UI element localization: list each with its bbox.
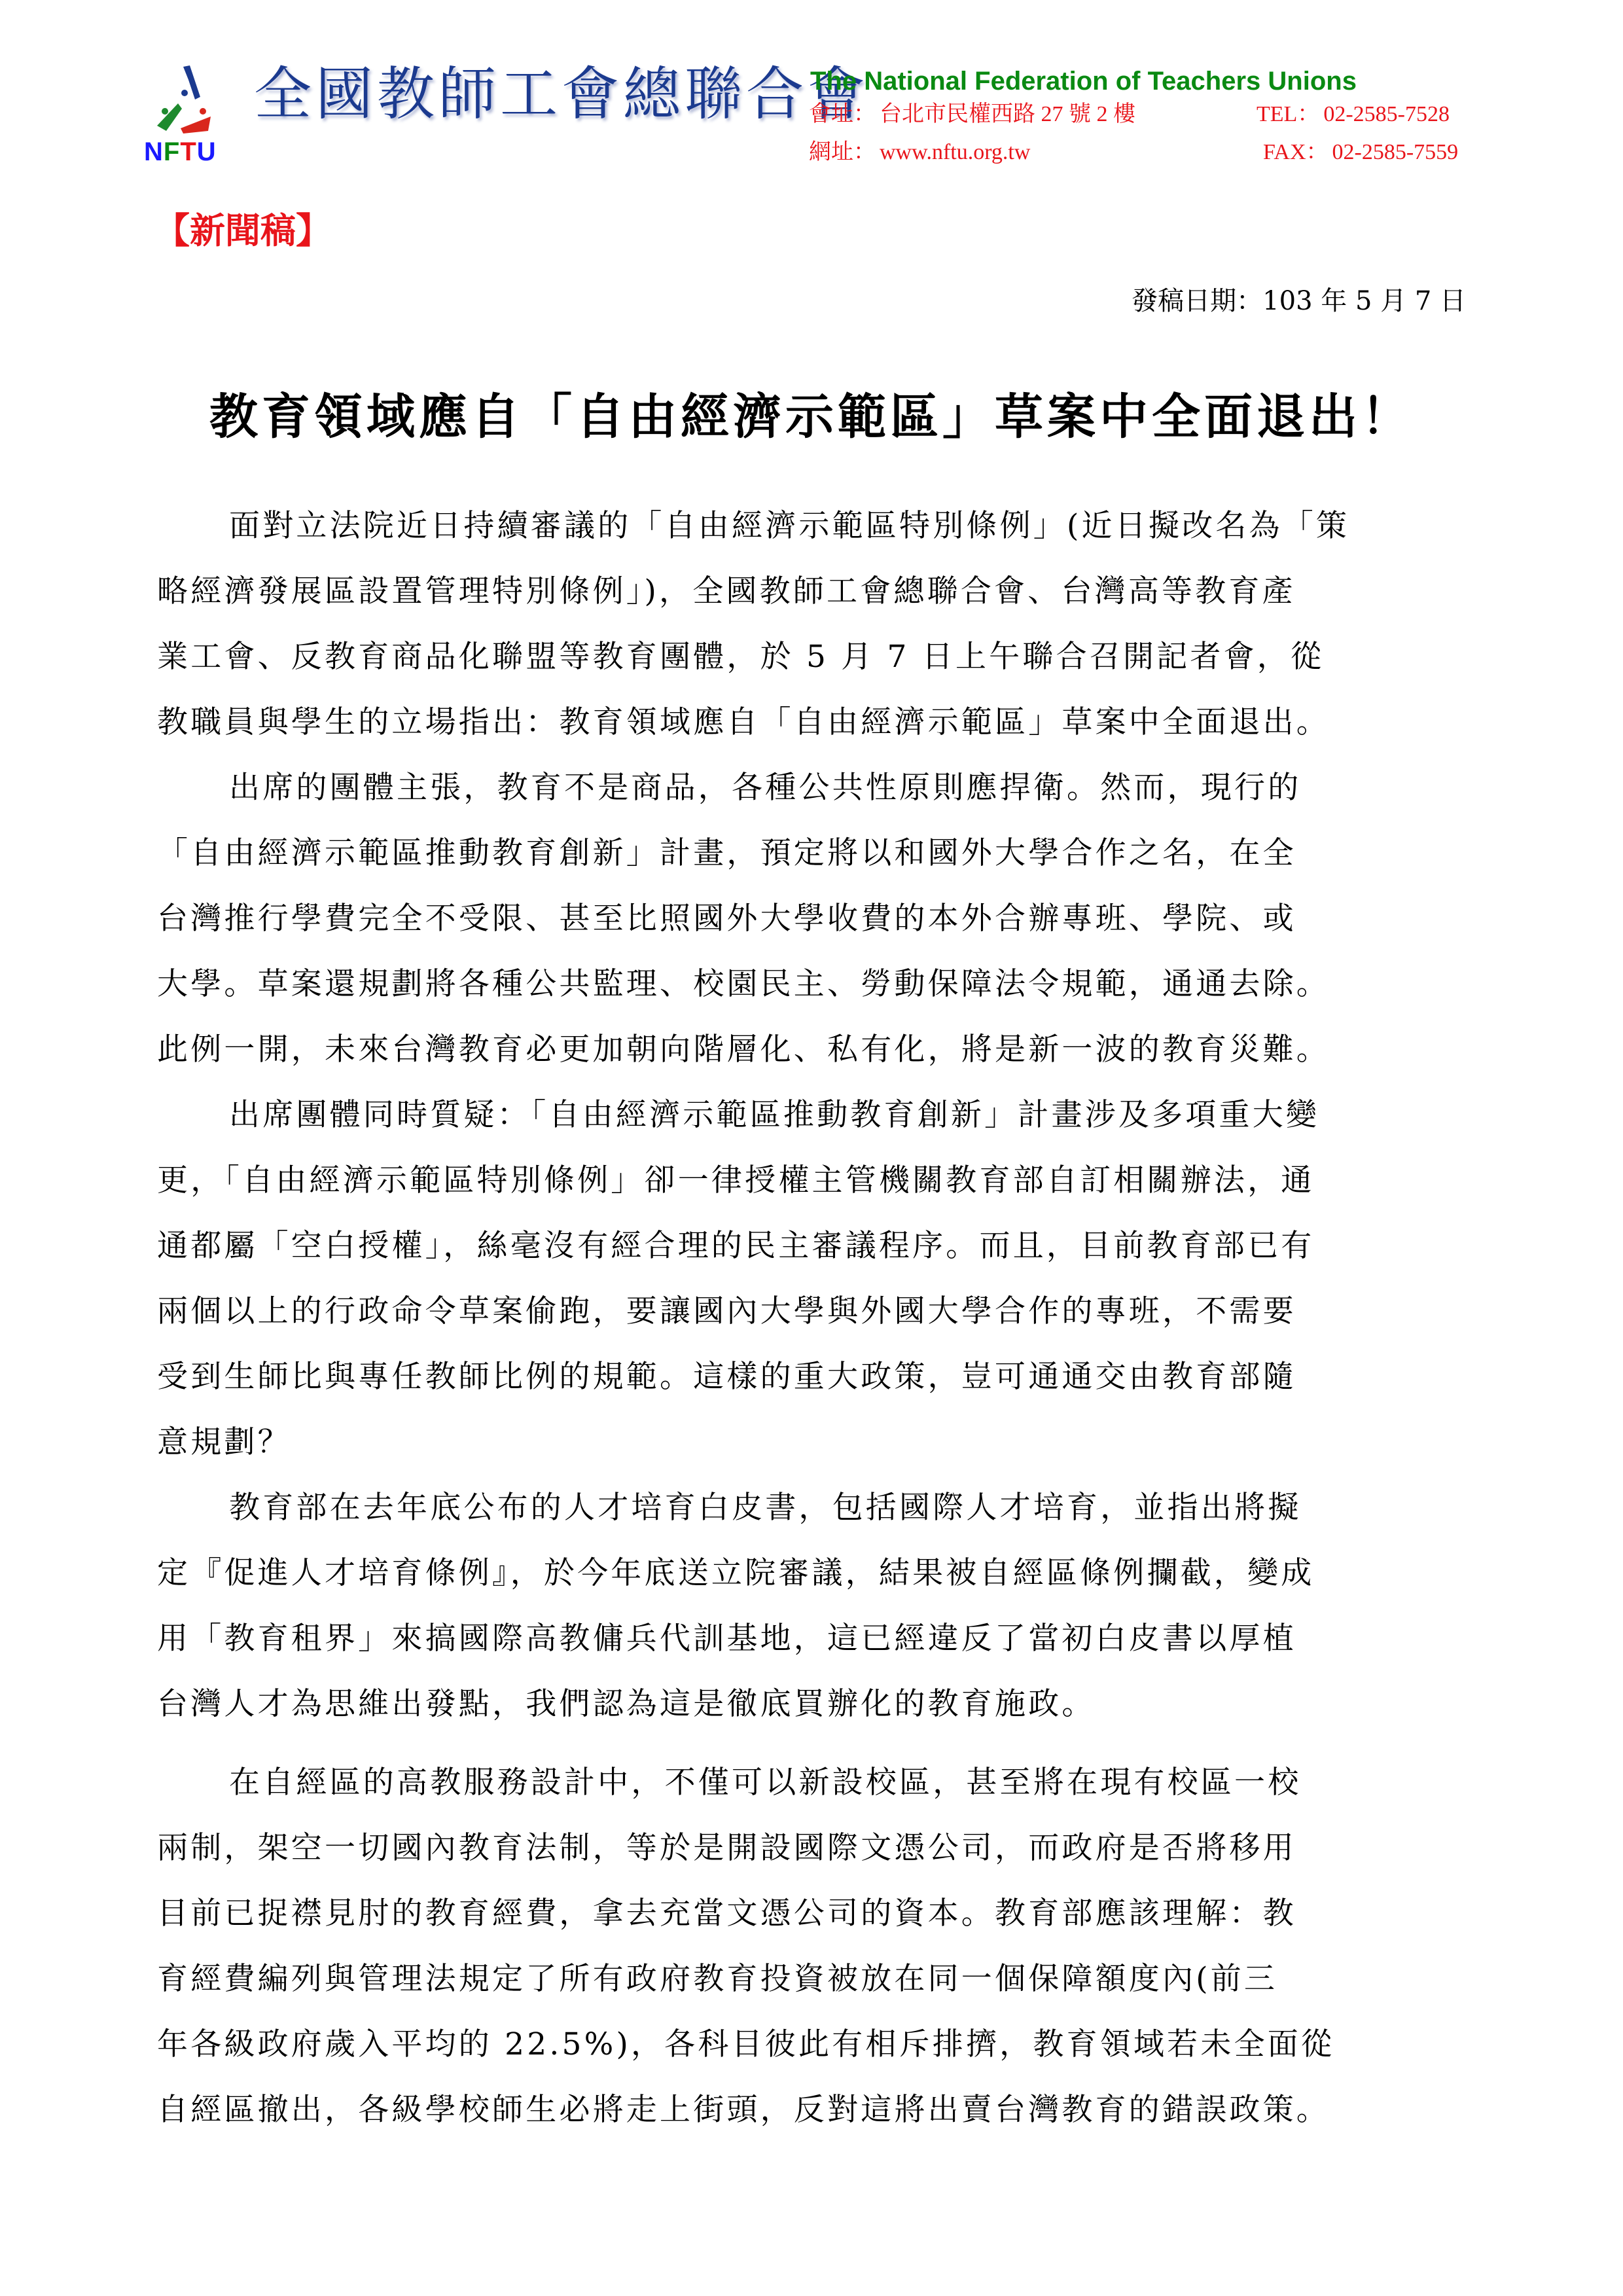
body-line: 大學。草案還規劃將各種公共監理、校園民主、勞動保障法令規範，通通去除。 xyxy=(157,969,1330,999)
body-line: 自經區撤出，各級學校師生必將走上街頭，反對這將出賣台灣教育的錯誤政策。 xyxy=(157,2094,1330,2125)
body-line: 受到生師比與專任教師比例的規範。這樣的重大政策，豈可通通交由教育部隨 xyxy=(157,1361,1296,1392)
fax-value: 02-2585-7559 xyxy=(1332,140,1459,164)
body-line: 兩個以上的行政命令草案偷跑，要讓國內大學與外國大學合作的專班，不需要 xyxy=(157,1296,1296,1327)
body-line: 教職員與學生的立場指出：教育領域應自「自由經濟示範區」草案中全面退出。 xyxy=(157,707,1330,738)
website-line: 網址：www.nftu.org.tw xyxy=(809,141,1030,164)
website-label: 網址： xyxy=(809,140,876,164)
body-line: 台灣人才為思維出發點，我們認為這是徹底買辦化的教育施政。 xyxy=(157,1689,1096,1719)
body-line: 出席的團體主張，教育不是商品，各種公共性原則應捍衛。然而，現行的 xyxy=(157,772,1301,803)
body-line: 定『促進人才培育條例』，於今年底送立院審議，結果被自經區條例攔截，變成 xyxy=(157,1558,1315,1588)
body-line: 用「教育租界」來搞國際高教傭兵代訓基地，這已經違反了當初白皮書以厚植 xyxy=(157,1623,1296,1654)
body-line: 更，「自由經濟示範區特別條例」卻一律授權主管機關教育部自訂相關辦法，通 xyxy=(157,1165,1315,1196)
body-line: 此例一開，未來台灣教育必更加朝向階層化、私有化，將是新一波的教育災難。 xyxy=(157,1034,1330,1065)
tel-value: 02-2585-7528 xyxy=(1323,102,1450,126)
tel-label: TEL： xyxy=(1257,102,1319,126)
body-line: 台灣推行學費完全不受限、甚至比照國外大學收費的本外合辦專班、學院、或 xyxy=(157,903,1296,934)
body-line: 意規劃？ xyxy=(157,1427,291,1458)
body-line: 面對立法院近日持續審議的「自由經濟示範區特別條例」(近日擬改名為「策 xyxy=(157,511,1349,541)
body-line: 通都屬「空白授權」，絲毫沒有經合理的民主審議程序。而且，目前教育部已有 xyxy=(157,1230,1315,1261)
fax-label: FAX： xyxy=(1263,140,1329,164)
release-date: 發稿日期：103 年 5 月 7 日 xyxy=(1132,288,1466,314)
body-line: 兩制，架空一切國內教育法制，等於是開設國際文憑公司，而政府是否將移用 xyxy=(157,1833,1296,1863)
org-name-english: The National Federation of Teachers Unio… xyxy=(810,68,1357,94)
document-body: 面對立法院近日持續審議的「自由經濟示範區特別條例」(近日擬改名為「策 略經濟發展… xyxy=(157,511,1479,2186)
website-link[interactable]: www.nftu.org.tw xyxy=(880,140,1030,164)
body-line: 育經費編列與管理法規定了所有政府教育投資被放在同一個保障額度內(前三 xyxy=(157,1964,1277,1994)
document-title: 教育領域應自「自由經濟示範區」草案中全面退出！ xyxy=(0,393,1623,441)
body-line: 在自經區的高教服務設計中，不僅可以新設校區，甚至將在現有校區一校 xyxy=(157,1767,1301,1798)
address-label: 會址： xyxy=(809,102,876,126)
address-value: 台北市民權西路 27 號 2 樓 xyxy=(880,102,1135,126)
body-line: 教育部在去年底公布的人才培育白皮書，包括國際人才培育，並指出將擬 xyxy=(157,1492,1301,1523)
body-line: 出席團體同時質疑：「自由經濟示範區推動教育創新」計畫涉及多項重大變 xyxy=(157,1100,1319,1130)
org-name-chinese: 全國教師工會總聯合會 xyxy=(254,65,869,123)
nftu-logo-text: NFTU xyxy=(144,139,217,165)
fax-line: FAX：02-2585-7559 xyxy=(1263,141,1458,164)
address-line: 會址：台北市民權西路 27 號 2 樓 xyxy=(809,103,1135,126)
body-line: 略經濟發展區設置管理特別條例」)，全國教師工會總聯合會、台灣高等教育產 xyxy=(157,576,1296,607)
body-line: 目前已捉襟見肘的教育經費，拿去充當文憑公司的資本。教育部應該理解：教 xyxy=(157,1898,1296,1929)
body-line: 業工會、反教育商品化聯盟等教育團體，於 5 月 7 日上午聯合召開記者會，從 xyxy=(157,641,1324,672)
press-release-tag: 【新聞稿】 xyxy=(154,213,331,248)
tel-line: TEL：02-2585-7528 xyxy=(1257,103,1450,126)
body-line: 年各級政府歲入平均的 22.5%)，各科目彼此有相斥排擠，教育領域若未全面從 xyxy=(157,2029,1334,2060)
body-line: 「自由經濟示範區推動教育創新」計畫，預定將以和國外大學合作之名，在全 xyxy=(157,838,1296,869)
